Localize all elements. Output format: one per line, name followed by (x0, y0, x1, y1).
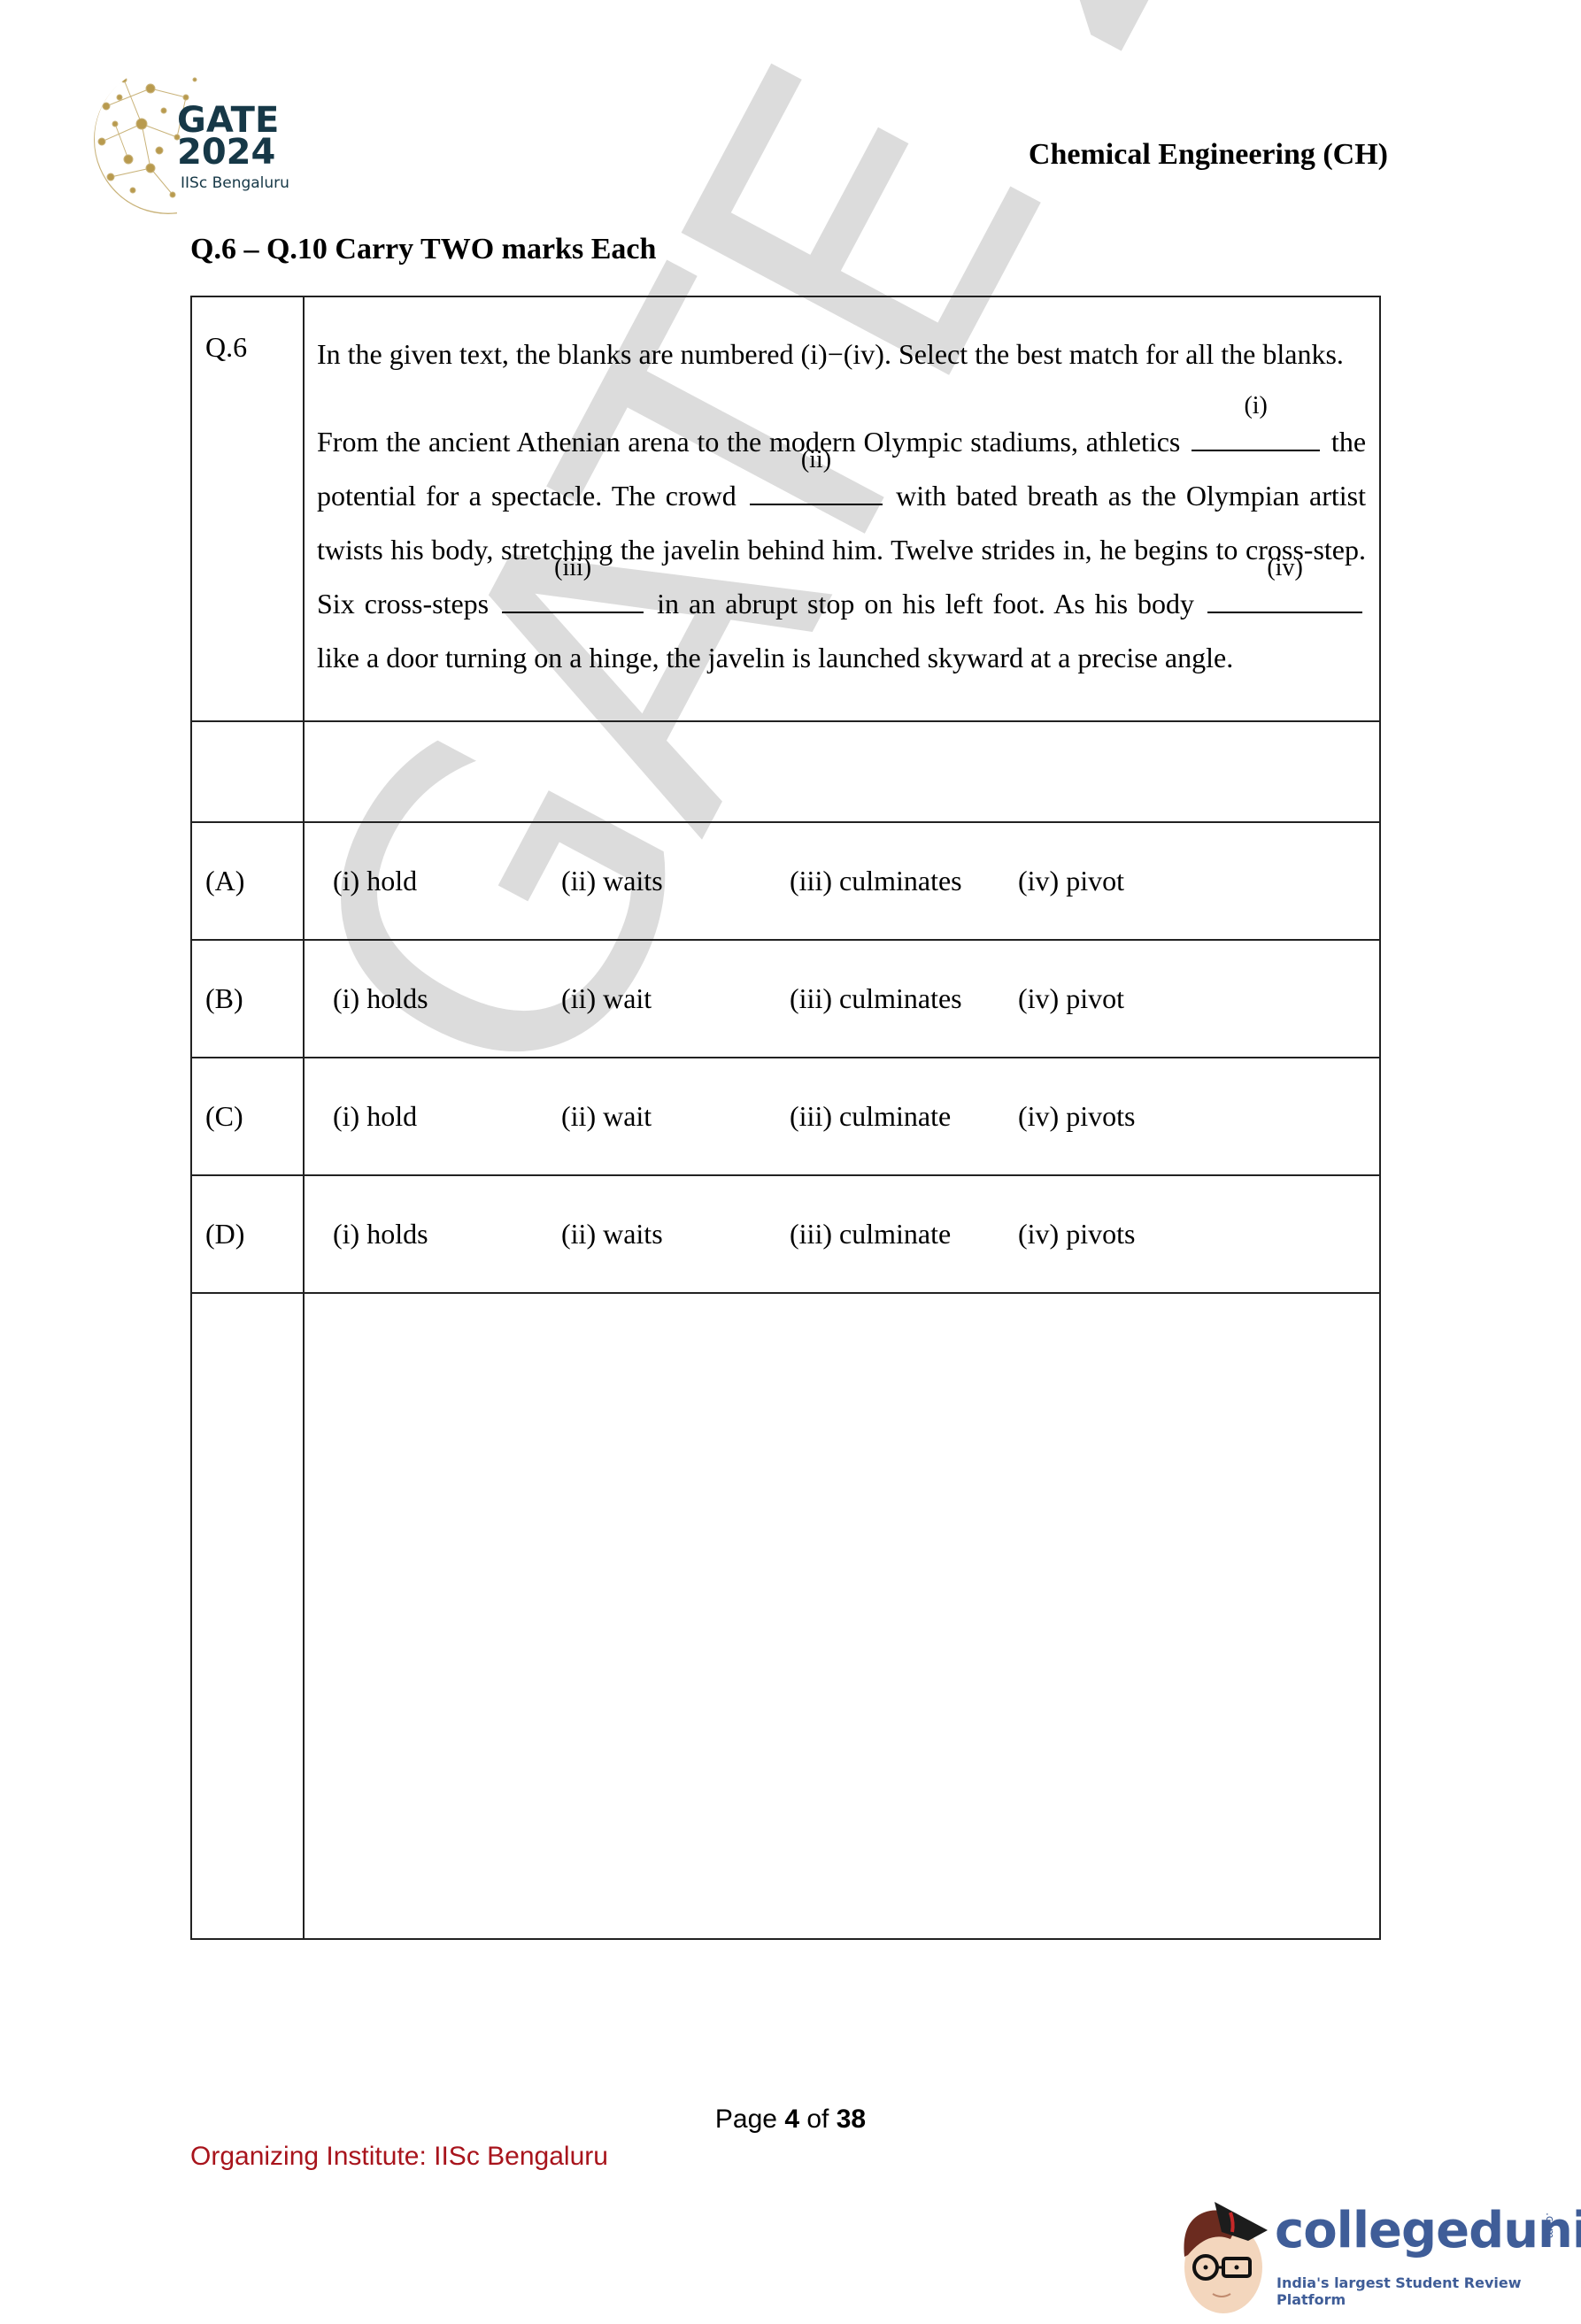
organizing-institute: Organizing Institute: IISc Bengaluru (190, 2142, 608, 2172)
student-mascot-icon (1168, 2186, 1284, 2319)
option-label: (A) (192, 865, 303, 897)
blank-i: (i) (1192, 423, 1320, 451)
brand-tagline: India's largest Student Review Platform (1276, 2274, 1576, 2308)
spacer-row (191, 721, 1380, 822)
option-choices: (i) hold(ii) waits(iii) culminates(iv) p… (305, 865, 1379, 897)
gate-logo-title: GATE 2024 (177, 104, 279, 168)
blank-iv: (iv) (1207, 585, 1362, 613)
brand-name: collegedunia (1275, 2202, 1581, 2259)
subject-title: Chemical Engineering (CH) (1029, 138, 1388, 172)
gate-2024-logo: GATE 2024 IISc Bengaluru (89, 62, 301, 217)
option-row-a[interactable]: (A) (i) hold(ii) waits(iii) culminates(i… (191, 822, 1380, 940)
brand-suffix: .com (1544, 2212, 1556, 2238)
option-label: (D) (192, 1218, 303, 1250)
gate-logo-institute: IISc Bengaluru (181, 174, 289, 192)
option-label: (B) (192, 982, 303, 1015)
question-passage: From the ancient Athenian arena to the m… (317, 415, 1366, 685)
option-row-d[interactable]: (D) (i) holds(ii) waits(iii) culminate(i… (191, 1175, 1380, 1293)
option-label: (C) (192, 1100, 303, 1133)
question-table: Q.6 In the given text, the blanks are nu… (190, 296, 1381, 1940)
option-choices: (i) holds(ii) wait(iii) culminates(iv) p… (305, 982, 1379, 1015)
blank-ii: (ii) (750, 477, 883, 505)
option-choices: (i) hold(ii) wait(iii) culminate(iv) piv… (305, 1100, 1379, 1133)
option-choices: (i) holds(ii) waits(iii) culminate(iv) p… (305, 1218, 1379, 1250)
option-row-b[interactable]: (B) (i) holds(ii) wait(iii) culminates(i… (191, 940, 1380, 1058)
question-instruction: In the given text, the blanks are number… (317, 327, 1366, 381)
blank-iii: (iii) (502, 585, 644, 613)
question-body: In the given text, the blanks are number… (305, 297, 1379, 720)
option-row-c[interactable]: (C) (i) hold(ii) wait(iii) culminate(iv)… (191, 1058, 1380, 1175)
collegedunia-logo: collegedunia .com India's largest Studen… (1168, 2186, 1576, 2319)
question-row: Q.6 In the given text, the blanks are nu… (191, 296, 1380, 721)
section-title: Q.6 – Q.10 Carry TWO marks Each (190, 233, 656, 266)
blank-answer-area (191, 1293, 1380, 1939)
question-number: Q.6 (192, 297, 303, 364)
page-number: Page 4 of 38 (0, 2105, 1581, 2135)
